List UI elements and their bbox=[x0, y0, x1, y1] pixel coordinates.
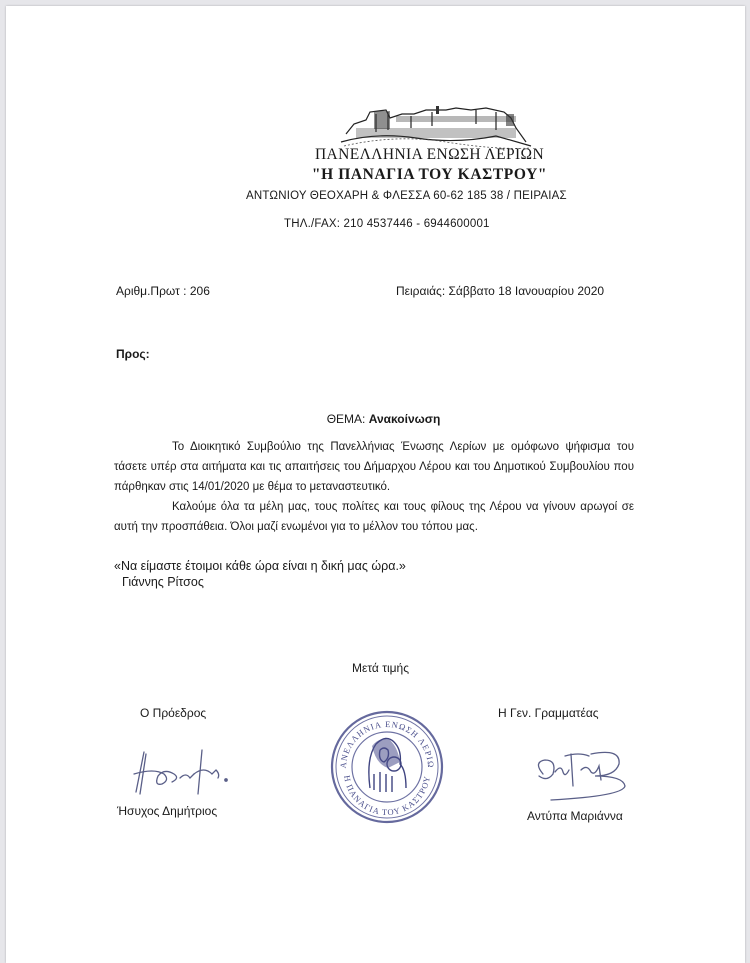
secretary-name: Αντύπα Μαριάννα bbox=[527, 809, 623, 823]
letter-body: Το Διοικητικό Συμβούλιο της Πανελλήνιας … bbox=[114, 437, 634, 537]
president-name: Ήσυχος Δημήτριος bbox=[117, 804, 217, 818]
document-page: ΠΑΝΕΛΛΗΝΙΑ ΕΝΩΣΗ ΛΕΡΙΩΝ "Η ΠΑΝΑΓΙΑ ΤΟΥ Κ… bbox=[6, 6, 745, 963]
president-role: Ο Πρόεδρος bbox=[140, 706, 206, 720]
protocol-number: Αριθμ.Πρωτ : 206 bbox=[116, 284, 210, 298]
body-paragraph: Το Διοικητικό Συμβούλιο της Πανελλήνιας … bbox=[114, 437, 634, 497]
closing-salutation: Μετά τιμής bbox=[6, 661, 745, 675]
secretary-role: Η Γεν. Γραμματέας bbox=[498, 706, 599, 720]
address: ΑΝΤΩΝΙΟΥ ΘΕΟΧΑΡΗ & ΦΛΕΣΣΑ 60-62 185 38 /… bbox=[246, 190, 567, 202]
castle-icon bbox=[336, 102, 536, 152]
phone-fax: ΤΗΛ./FAX: 210 4537446 - 6944600001 bbox=[284, 218, 490, 230]
seal-stamp-icon: ΠΑΝΕΛΛΗΝΙΑ ΕΝΩΣΗ ΛΕΡΙΩΝ Η ΠΑΝΑΓΙΑ ΤΟΥ ΚΑ… bbox=[328, 708, 446, 826]
recipient-label: Προς: bbox=[116, 347, 150, 361]
subject-line: ΘΕΜΑ: Ανακοίνωση bbox=[6, 412, 745, 426]
subject-label: ΘΕΜΑ: bbox=[327, 412, 369, 426]
organization-subtitle: "Η ΠΑΝΑΓΙΑ ΤΟΥ ΚΑΣΤΡΟΥ" bbox=[6, 166, 745, 184]
signature-icon bbox=[531, 746, 631, 804]
subject-value: Ανακοίνωση bbox=[369, 412, 441, 426]
quote-author: Γιάννης Ρίτσος bbox=[122, 575, 204, 589]
quote-text: «Να είμαστε έτοιμοι κάθε ώρα είναι η δικ… bbox=[114, 559, 406, 573]
signature-icon bbox=[124, 744, 234, 799]
letter-date: Πειραιάς: Σάββατο 18 Ιανουαρίου 2020 bbox=[396, 284, 604, 298]
body-paragraph: Καλούμε όλα τα μέλη μας, τους πολίτες κα… bbox=[114, 497, 634, 537]
organization-name: ΠΑΝΕΛΛΗΝΙΑ ΕΝΩΣΗ ΛΕΡΙΩΝ bbox=[6, 146, 745, 164]
